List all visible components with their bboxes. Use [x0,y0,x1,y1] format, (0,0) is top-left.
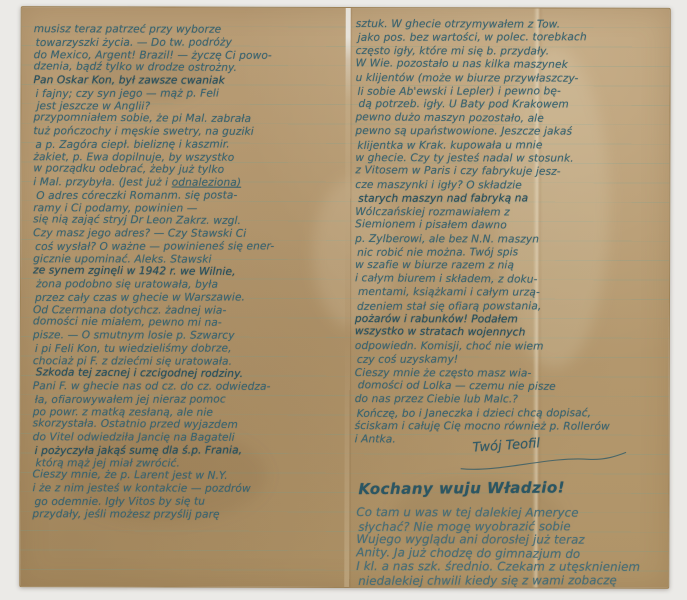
letter-sheet: musisz teraz patrzeć przy wyborzetowarzy… [19,6,671,589]
letter-scan-background: musisz teraz patrzeć przy wyborzetowarzy… [0,0,687,600]
handwritten-line: ła, ofiarowywałem jej nieraz pomoc [35,393,349,407]
handwritten-line: pisze. — O smutnym losie p. Szwarcy [33,329,349,343]
handwritten-line: go odemnie. Igły Vitos by się tu [34,495,348,509]
handwritten-line: Pan Oskar Kon, był zawsze cwaniak [34,74,350,88]
handwritten-line: ściskam i całuję Cię mocno również p. Ro… [355,420,663,434]
handwritten-line: nic robić nie można. Twój spis [357,246,663,260]
handwritten-line: pewno dużo maszyn pozostało, ale [355,111,663,127]
handwritten-line: i pi Feli Kon, tu wiedzieliśmy dobrze, [35,342,349,356]
handwritten-line: cze maszynki i igły? O składzie [355,179,663,193]
handwritten-line: sztuk. W ghecie otrzymywałem z Tow. [356,18,664,32]
handwritten-line: klijentka w Krak. kupowała u mnie [357,139,663,153]
handwritten-line: Anity. Ja już chodzę do gimnazjum do [356,546,668,562]
handwritten-line: dą potrzeb. igły. U Baty pod Krakowem [358,98,663,112]
handwritten-line: i fajny; czy syn jego — mąż p. Feli [36,87,350,101]
handwritten-line: i pożyczyła jakąś sumę dla ś.p. Frania, [35,444,349,458]
handwritten-line: dzeniem stał się ofiarą powstania, [357,300,663,314]
handwritten-line: Siemionem i pisałem dawno [355,218,663,234]
handwritten-line: żona podobno się uratowała, była [36,278,349,292]
handwritten-line: I kl. a nas szk. średnio. Czekam z utęsk… [356,560,668,574]
handwritten-line: p. Zylberowi, ale bez N.N. maszyn [355,233,663,247]
handwritten-line: odpowiedn. Komisji, choć nie wiem [355,340,663,354]
handwritten-line: Czy masz jego adres? — Czy Stawski Ci [33,227,349,241]
handwritten-line: towarzyszki życia. — Do tw. podróży [36,36,350,50]
handwritten-line: u klijentów (może w biurze przywłaszczy- [356,72,664,86]
letter-greeting: Kochany wuju Władzio! [358,478,565,498]
handwritten-line: W Wie. pozostało u nas kilka maszynek [356,57,664,73]
handwritten-line: Co tam u was w tej dalekiej Ameryce [356,506,668,520]
handwritten-line: w szafie w biurze razem z nią [355,259,663,273]
handwritten-line: musisz teraz patrzeć przy wyborze [34,23,350,37]
handwritten-line: Kończę, bo i Janeczka i dzieci chcą dopi… [357,407,663,421]
handwritten-line: domości od Lolka — czemu nie pisze [358,379,663,395]
handwritten-line: tuż pończochy i męskie swetry, na guziki [33,125,349,139]
left-page-text: musisz teraz patrzeć przy wyborzetowarzy… [32,23,349,521]
handwritten-line: i Mal. przybyła. (Jest już i odnaleziona… [33,176,349,190]
handwritten-line: czy coś uzyskamy! [357,353,663,367]
handwritten-line: mentami, książkami i całym urzą- [358,286,663,300]
handwritten-line: O adres córeczki Romanm. się posta- [36,189,349,203]
signature: Twój Teofil [472,436,540,455]
handwritten-line: starych maszyn nad fabryką na [358,192,663,206]
handwritten-line: jako pos. bez wartości, w polec. torebka… [358,31,664,45]
handwritten-line: i całym biurem i składem, z doku- [355,272,663,288]
handwritten-line: do nas przez Ciebie lub Malc.? [355,393,663,407]
handwritten-line: przydały, jeśli możesz przyślij parę [32,508,348,522]
underlined-phrase: odnaleziona) [172,177,241,189]
handwritten-line: przez cały czas w ghecie w Warszawie. [35,291,349,305]
handwritten-line: a p. Zagóra ciepł. bieliznę i kaszmir. [35,138,349,152]
handwritten-line: i że z nim jesteś w kontakcie — pozdrów [32,482,348,496]
handwritten-line: pewno są upaństwowione. Jeszcze jakaś [355,125,663,139]
handwritten-line: do Vitel odwiedziła Jancię na Bagateli [33,431,349,445]
postscript-text: Co tam u was w tej dalekiej Amerycesłych… [356,506,668,588]
handwritten-line: niedalekiej chwili kiedy się z wami zoba… [358,574,668,588]
handwritten-line: li sobie Ab'ewski i Lepler) i pewno bę- [358,85,664,99]
handwritten-line: słychać? Nie mogę wyobrazić sobie [358,520,668,534]
right-page-text: sztuk. W ghecie otrzymywałem z Tow.jako … [355,18,664,448]
handwritten-line: Pani F. w ghecie nas od cz. do cz. odwie… [33,380,349,394]
handwritten-line: coś wysłał? O ważne — powinieneś się ene… [35,240,349,254]
